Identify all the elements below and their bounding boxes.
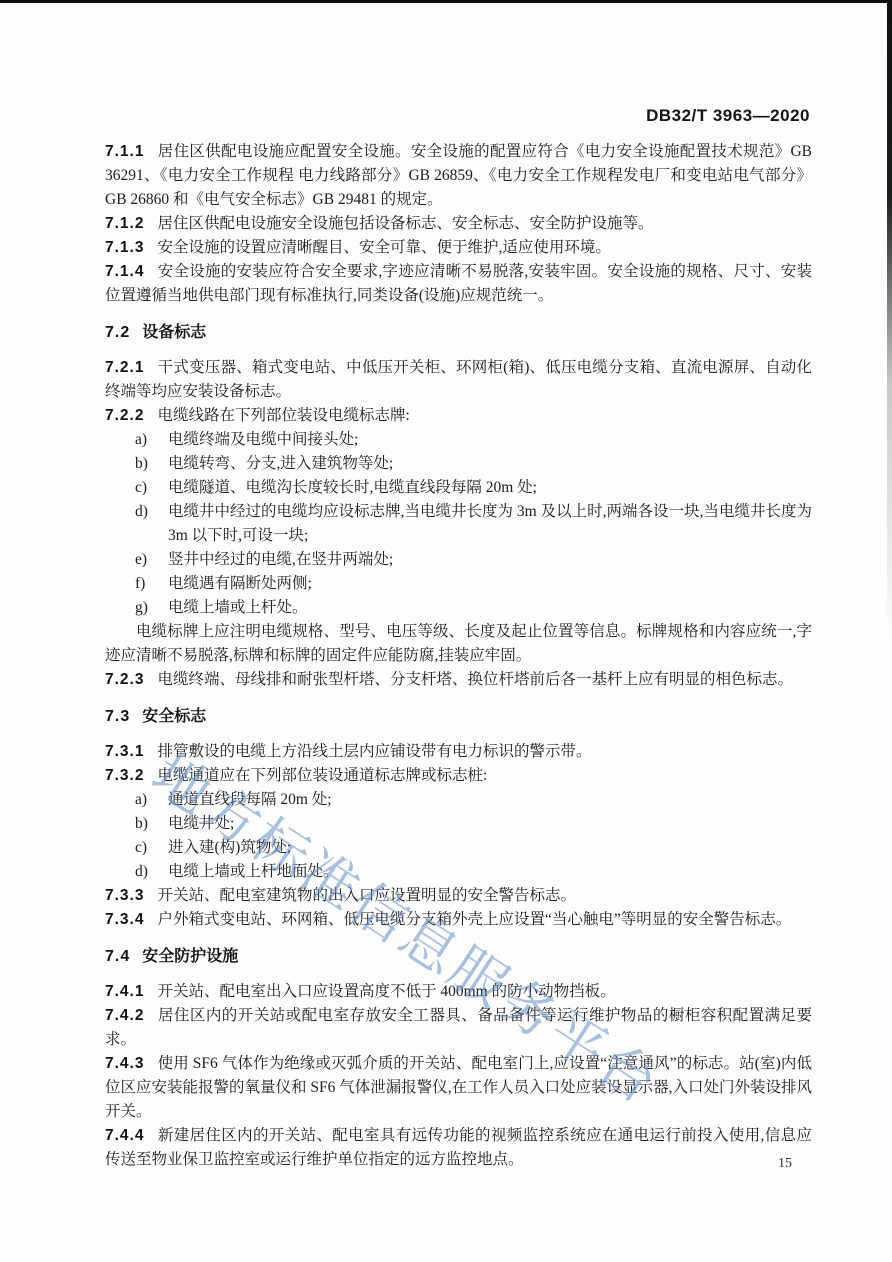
clause-text: 干式变压器、箱式变电站、中低压开关柜、环网柜(箱)、低压电缆分支箱、直流电源屏、… [105, 359, 812, 400]
clause: 7.1.2居住区供配电设施安全设施包括设备标志、安全标志、安全防护设施等。 [105, 212, 812, 236]
clause: 7.1.1居住区供配电设施应配置安全设施。安全设施的配置应符合《电力安全设施配置… [105, 140, 812, 212]
clause-number: 7.3.4 [105, 911, 144, 928]
clause-text: 电缆线路在下列部位装设电缆标志牌: [157, 407, 409, 424]
clause-number: 7.1.1 [105, 143, 144, 160]
clause-number: 7.3.2 [105, 767, 144, 784]
clause-text: 安全设施的设置应清晰醒目、安全可靠、便于维护,适应使用环境。 [157, 239, 610, 256]
list-text: 电缆转弯、分支,进入建筑物等处; [168, 455, 393, 472]
list-text: 电缆遇有隔断处两侧; [168, 575, 312, 592]
section-heading: 7.2设备标志 [105, 321, 812, 345]
document-page: DB32/T 3963—2020 地方标准信息服务平台 7.1.1居住区供配电设… [0, 0, 892, 1262]
list-text: 电缆井中经过的电缆均应设标志牌,当电缆井长度为 3m 及以上时,两端各设一块,当… [168, 503, 812, 544]
clause-number: 7.4.2 [105, 1007, 144, 1024]
section-number: 7.4 [105, 948, 130, 965]
clause-number: 7.4.3 [105, 1055, 144, 1072]
list-text: 电缆井处; [168, 815, 234, 832]
section-heading: 7.3安全标志 [105, 705, 812, 729]
section-heading: 7.4安全防护设施 [105, 945, 812, 969]
clause: 7.3.1排管敷设的电缆上方沿线土层内应铺设带有电力标识的警示带。 [105, 740, 812, 764]
scan-top-edge [0, 0, 892, 3]
list-item: e)竖井中经过的电缆,在竖井两端处; [105, 548, 812, 572]
list-text: 电缆上墙或上杆处。 [168, 599, 308, 616]
paragraph: 电缆标牌上应注明电缆规格、型号、电压等级、长度及起止位置等信息。标牌规格和内容应… [105, 620, 812, 668]
list-text: 通道直线段每隔 20m 处; [168, 791, 332, 808]
clause-text: 居住区内的开关站或配电室存放安全工器具、备品备件等运行维护物品的橱柜容积配置满足… [105, 1007, 812, 1048]
list-letter: c) [135, 476, 165, 500]
clause: 7.3.4户外箱式变电站、环网箱、低压电缆分支箱外壳上应设置“当心触电”等明显的… [105, 908, 812, 932]
clause: 7.4.4新建居住区内的开关站、配电室具有远传功能的视频监控系统应在通电运行前投… [105, 1124, 812, 1172]
clause: 7.3.2电缆通道应在下列部位装设通道标志牌或标志桩: [105, 764, 812, 788]
list-item: g)电缆上墙或上杆处。 [105, 596, 812, 620]
clause-text: 开关站、配电室出入口应设置高度不低于 400mm 的防小动物挡板。 [157, 983, 615, 1000]
list-letter: b) [135, 452, 165, 476]
list-item: c)电缆隧道、电缆沟长度较长时,电缆直线段每隔 20m 处; [105, 476, 812, 500]
list-text: 进入建(构)筑物处; [168, 839, 291, 856]
clause: 7.2.1干式变压器、箱式变电站、中低压开关柜、环网柜(箱)、低压电缆分支箱、直… [105, 356, 812, 404]
list-text: 电缆终端及电缆中间接头处; [168, 431, 358, 448]
clause-number: 7.3.1 [105, 743, 144, 760]
list-text: 电缆隧道、电缆沟长度较长时,电缆直线段每隔 20m 处; [168, 479, 537, 496]
list-text: 电缆上墙或上杆地面处。 [168, 863, 339, 880]
clause-number: 7.2.1 [105, 359, 144, 376]
list-text: 竖井中经过的电缆,在竖井两端处; [168, 551, 393, 568]
list-letter: c) [135, 836, 165, 860]
clause-text: 户外箱式变电站、环网箱、低压电缆分支箱外壳上应设置“当心触电”等明显的安全警告标… [157, 911, 791, 928]
section-number: 7.3 [105, 708, 130, 725]
list-item: f)电缆遇有隔断处两侧; [105, 572, 812, 596]
clause-text: 居住区供配电设施应配置安全设施。安全设施的配置应符合《电力安全设施配置技术规范》… [105, 143, 812, 208]
list-letter: b) [135, 812, 165, 836]
clause: 7.2.3电缆终端、母线排和耐张型杆塔、分支杆塔、换位杆塔前后各一基杆上应有明显… [105, 668, 812, 692]
list-item: d)电缆井中经过的电缆均应设标志牌,当电缆井长度为 3m 及以上时,两端各设一块… [105, 500, 812, 548]
list-item: a)通道直线段每隔 20m 处; [105, 788, 812, 812]
section-title: 设备标志 [142, 324, 206, 341]
clause: 7.3.3开关站、配电室建筑物的出入口应设置明显的安全警告标志。 [105, 884, 812, 908]
clause-text: 电缆通道应在下列部位装设通道标志牌或标志桩: [157, 767, 487, 784]
list-letter: g) [135, 596, 165, 620]
standard-number: DB32/T 3963—2020 [646, 106, 810, 126]
section-number: 7.2 [105, 324, 130, 341]
clause-text: 安全设施的安装应符合安全要求,字迹应清晰不易脱落,安装牢固。安全设施的规格、尺寸… [105, 263, 812, 304]
section-title: 安全防护设施 [142, 948, 238, 965]
clause: 7.4.3使用 SF6 气体作为绝缘或灭弧介质的开关站、配电室门上,应设置“注意… [105, 1052, 812, 1124]
list-letter: d) [135, 500, 165, 524]
list-item: b)电缆转弯、分支,进入建筑物等处; [105, 452, 812, 476]
clause-number: 7.1.2 [105, 215, 144, 232]
scan-right-edge [887, 0, 892, 640]
clause-text: 居住区供配电设施安全设施包括设备标志、安全标志、安全防护设施等。 [157, 215, 653, 232]
clause: 7.4.1开关站、配电室出入口应设置高度不低于 400mm 的防小动物挡板。 [105, 980, 812, 1004]
clause: 7.4.2居住区内的开关站或配电室存放安全工器具、备品备件等运行维护物品的橱柜容… [105, 1004, 812, 1052]
list-letter: e) [135, 548, 165, 572]
list-item: d)电缆上墙或上杆地面处。 [105, 860, 812, 884]
clause: 7.1.4安全设施的安装应符合安全要求,字迹应清晰不易脱落,安装牢固。安全设施的… [105, 260, 812, 308]
clause-number: 7.4.4 [105, 1127, 144, 1144]
clause-number: 7.3.3 [105, 887, 144, 904]
list-item: a)电缆终端及电缆中间接头处; [105, 428, 812, 452]
list-letter: d) [135, 860, 165, 884]
clause-text: 使用 SF6 气体作为绝缘或灭弧介质的开关站、配电室门上,应设置“注意通风”的标… [105, 1055, 812, 1120]
clause-text: 新建居住区内的开关站、配电室具有远传功能的视频监控系统应在通电运行前投入使用,信… [105, 1127, 812, 1168]
clause-text: 排管敷设的电缆上方沿线土层内应铺设带有电力标识的警示带。 [157, 743, 591, 760]
clause-text: 电缆终端、母线排和耐张型杆塔、分支杆塔、换位杆塔前后各一基杆上应有明显的相色标志… [157, 671, 793, 688]
clause-number: 7.1.3 [105, 239, 144, 256]
clause-number: 7.2.2 [105, 407, 144, 424]
clause-number: 7.1.4 [105, 263, 144, 280]
clause-number: 7.4.1 [105, 983, 144, 1000]
clause-number: 7.2.3 [105, 671, 144, 688]
clause: 7.1.3安全设施的设置应清晰醒目、安全可靠、便于维护,适应使用环境。 [105, 236, 812, 260]
list-letter: a) [135, 788, 165, 812]
clause-text: 开关站、配电室建筑物的出入口应设置明显的安全警告标志。 [157, 887, 576, 904]
section-title: 安全标志 [142, 708, 206, 725]
list-letter: f) [135, 572, 165, 596]
list-item: b)电缆井处; [105, 812, 812, 836]
document-body: 7.1.1居住区供配电设施应配置安全设施。安全设施的配置应符合《电力安全设施配置… [105, 140, 812, 1172]
clause: 7.2.2电缆线路在下列部位装设电缆标志牌: [105, 404, 812, 428]
list-letter: a) [135, 428, 165, 452]
list-item: c)进入建(构)筑物处; [105, 836, 812, 860]
